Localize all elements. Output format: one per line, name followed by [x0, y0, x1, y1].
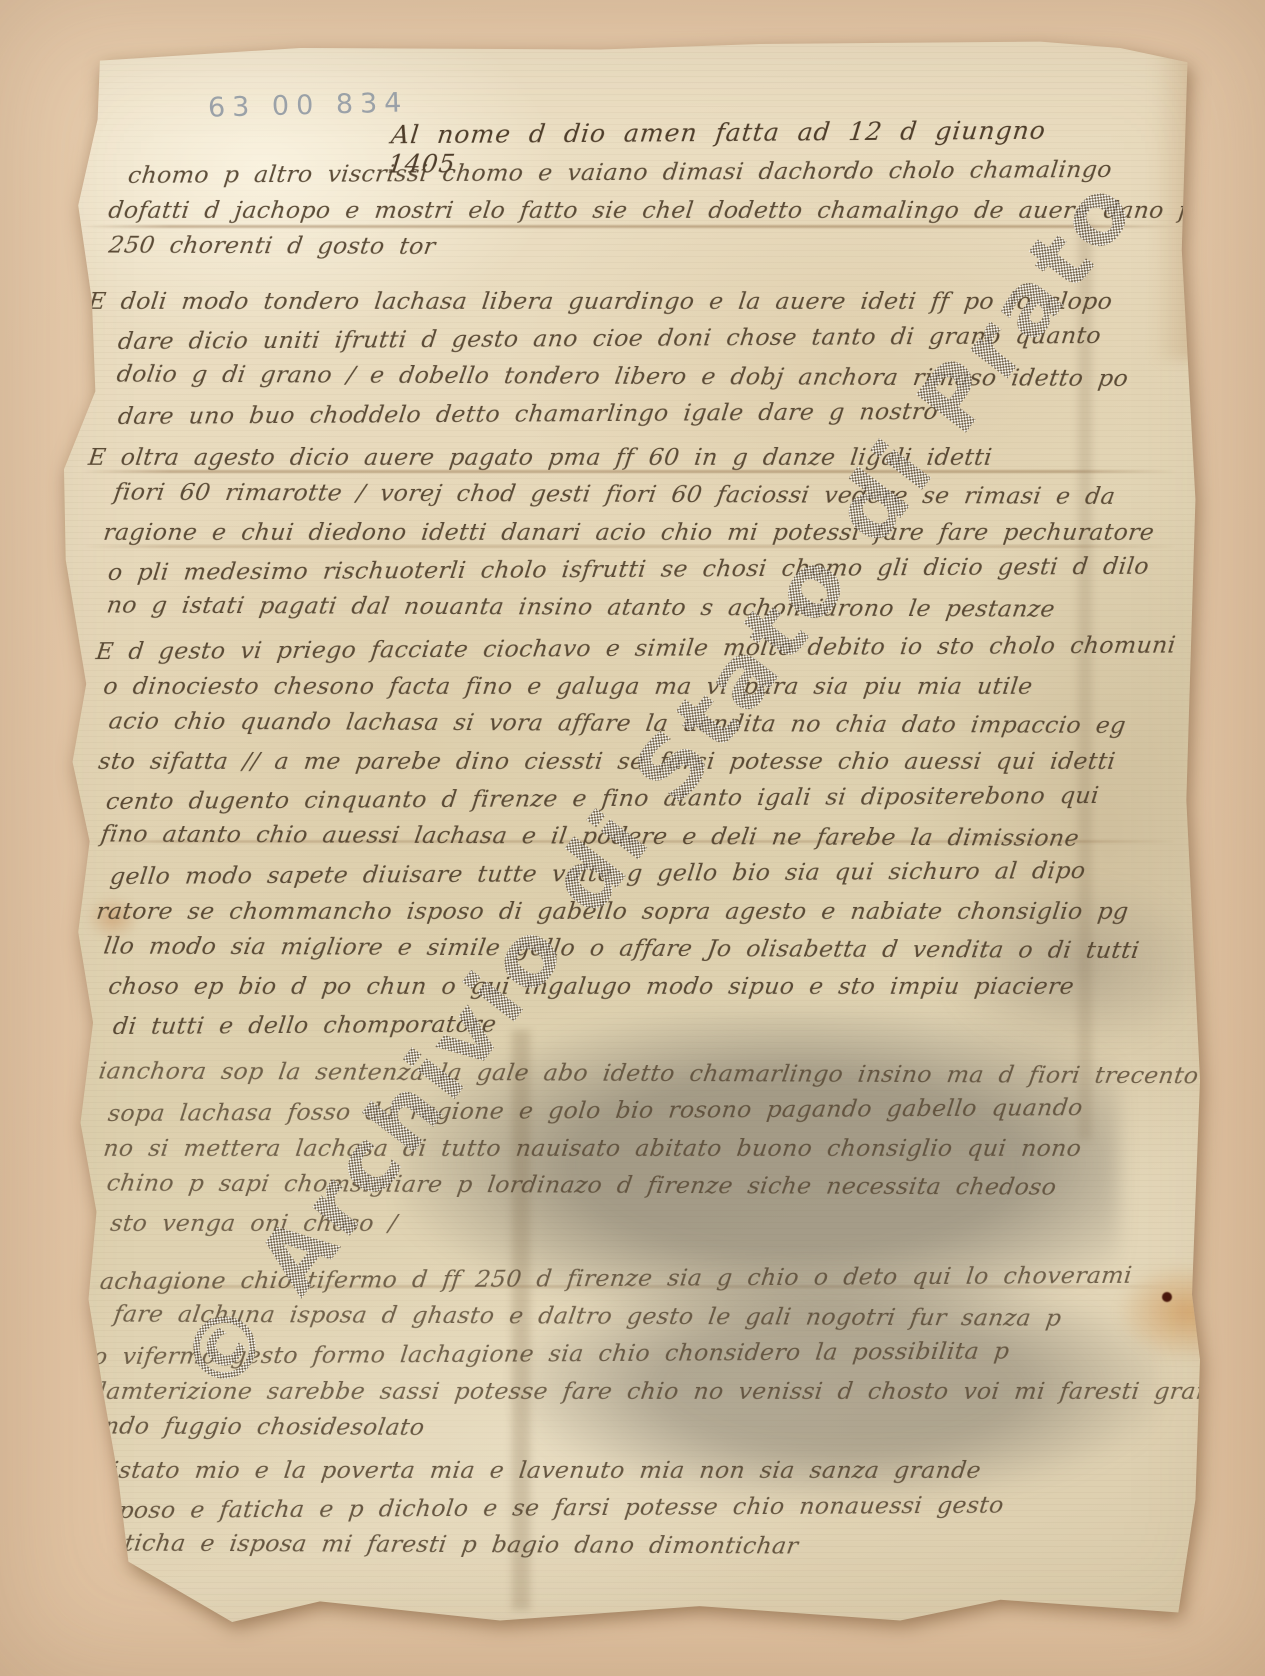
- manuscript-paper: 63 00 834 Al nome d dio amen fatta ad 12…: [60, 40, 1200, 1630]
- manuscript-line: dofatti d jachopo e mostri elo fatto sie…: [86, 196, 1176, 234]
- manuscript-line: ragione e chui diedono idetti danari aci…: [86, 518, 1176, 556]
- manuscript-line: di tutti e dello chomporatore: [85, 1006, 1175, 1050]
- manuscript-line: sopa lachasa fosso da ragione e golo bio…: [85, 1093, 1175, 1137]
- photo-canvas: 63 00 834 Al nome d dio amen fatta ad 12…: [0, 0, 1265, 1676]
- manuscript-line: E oltra agesto dicio auere pagato pma ff…: [86, 443, 1176, 481]
- manuscript-line: chino p sapi chomsigliare p lordinazo d …: [86, 1169, 1176, 1211]
- manuscript-line: ianchora sop la sentenza la gale abo ide…: [86, 1056, 1176, 1098]
- manuscript-line: sto venga oni choso /: [86, 1209, 1176, 1247]
- manuscript-line: o dinociesto chesono facta fino e galuga…: [86, 672, 1176, 710]
- manuscript-line: E doli modo tondero lachasa libera guard…: [86, 287, 1176, 325]
- manuscript-line: fiori 60 rimarotte / vorej chod gesti fi…: [86, 478, 1176, 520]
- manuscript-line: choso ep bio d po chun o gui ingalugo mo…: [86, 972, 1176, 1010]
- paper-sheet-wrapper: 63 00 834 Al nome d dio amen fatta ad 12…: [0, 0, 1265, 1676]
- manuscript-line: no si mettera lachasa di tutto nauisato …: [86, 1134, 1176, 1172]
- manuscript-line: dolio g di grano / e dobello tondero lib…: [86, 359, 1176, 401]
- manuscript-line: 250 chorenti d gosto tor: [86, 231, 1176, 273]
- manuscript-line: llo modo sia migliore e simile gello o a…: [86, 932, 1176, 974]
- manuscript-line: o pli medesimo rischuoterli cholo isfrut…: [85, 552, 1175, 596]
- manuscript-line: loistato mio e la poverta mia e lavenuto…: [86, 1456, 1176, 1494]
- archive-number-stamp: 63 00 834: [208, 87, 409, 123]
- manuscript-line: sto sifatta // a me parebe dino ciessti …: [86, 747, 1176, 785]
- manuscript-line: gello modo sapete diuisare tutte volte g…: [85, 856, 1175, 900]
- manuscript-line: o vifermo gesto formo lachagione sia chi…: [85, 1336, 1175, 1380]
- manuscript-line: fino atanto chio auessi lachasa e il pod…: [86, 819, 1176, 861]
- manuscript-line: lamterizione sarebbe sassi potesse fare …: [86, 1377, 1176, 1415]
- manuscript-line: E d gesto vi priego facciate ciochavo e …: [85, 631, 1175, 675]
- manuscript-line: no g istati pagati dal nouanta insino at…: [86, 590, 1176, 632]
- manuscript-line: ratore se chommancho isposo di gabello s…: [86, 897, 1176, 935]
- manuscript-line: sposo e faticha e p dicholo e se farsi p…: [85, 1490, 1175, 1534]
- manuscript-text-block: chomo p altro viscrissi chomo e vaiano d…: [88, 158, 1173, 1568]
- manuscript-line: achagione chio tifermo d ff 250 d firenz…: [85, 1261, 1175, 1305]
- manuscript-line: chomo p altro viscrissi chomo e vaiano d…: [85, 155, 1175, 199]
- manuscript-line: fare alchuna isposa d ghasto e daltro ge…: [86, 1299, 1176, 1341]
- manuscript-line: dare uno buo choddelo detto chamarlingo …: [85, 396, 1175, 440]
- manuscript-line: acio chio quando lachasa si vora affare …: [86, 707, 1176, 749]
- manuscript-line: cento dugento cinquanto d firenze e fino…: [85, 781, 1175, 825]
- manuscript-line: faticha e isposa mi faresti p bagio dano…: [86, 1528, 1176, 1570]
- manuscript-line: dare dicio uniti ifrutti d gesto ano cio…: [85, 321, 1175, 365]
- manuscript-line: ndo fuggio chosidesolato: [86, 1412, 1176, 1454]
